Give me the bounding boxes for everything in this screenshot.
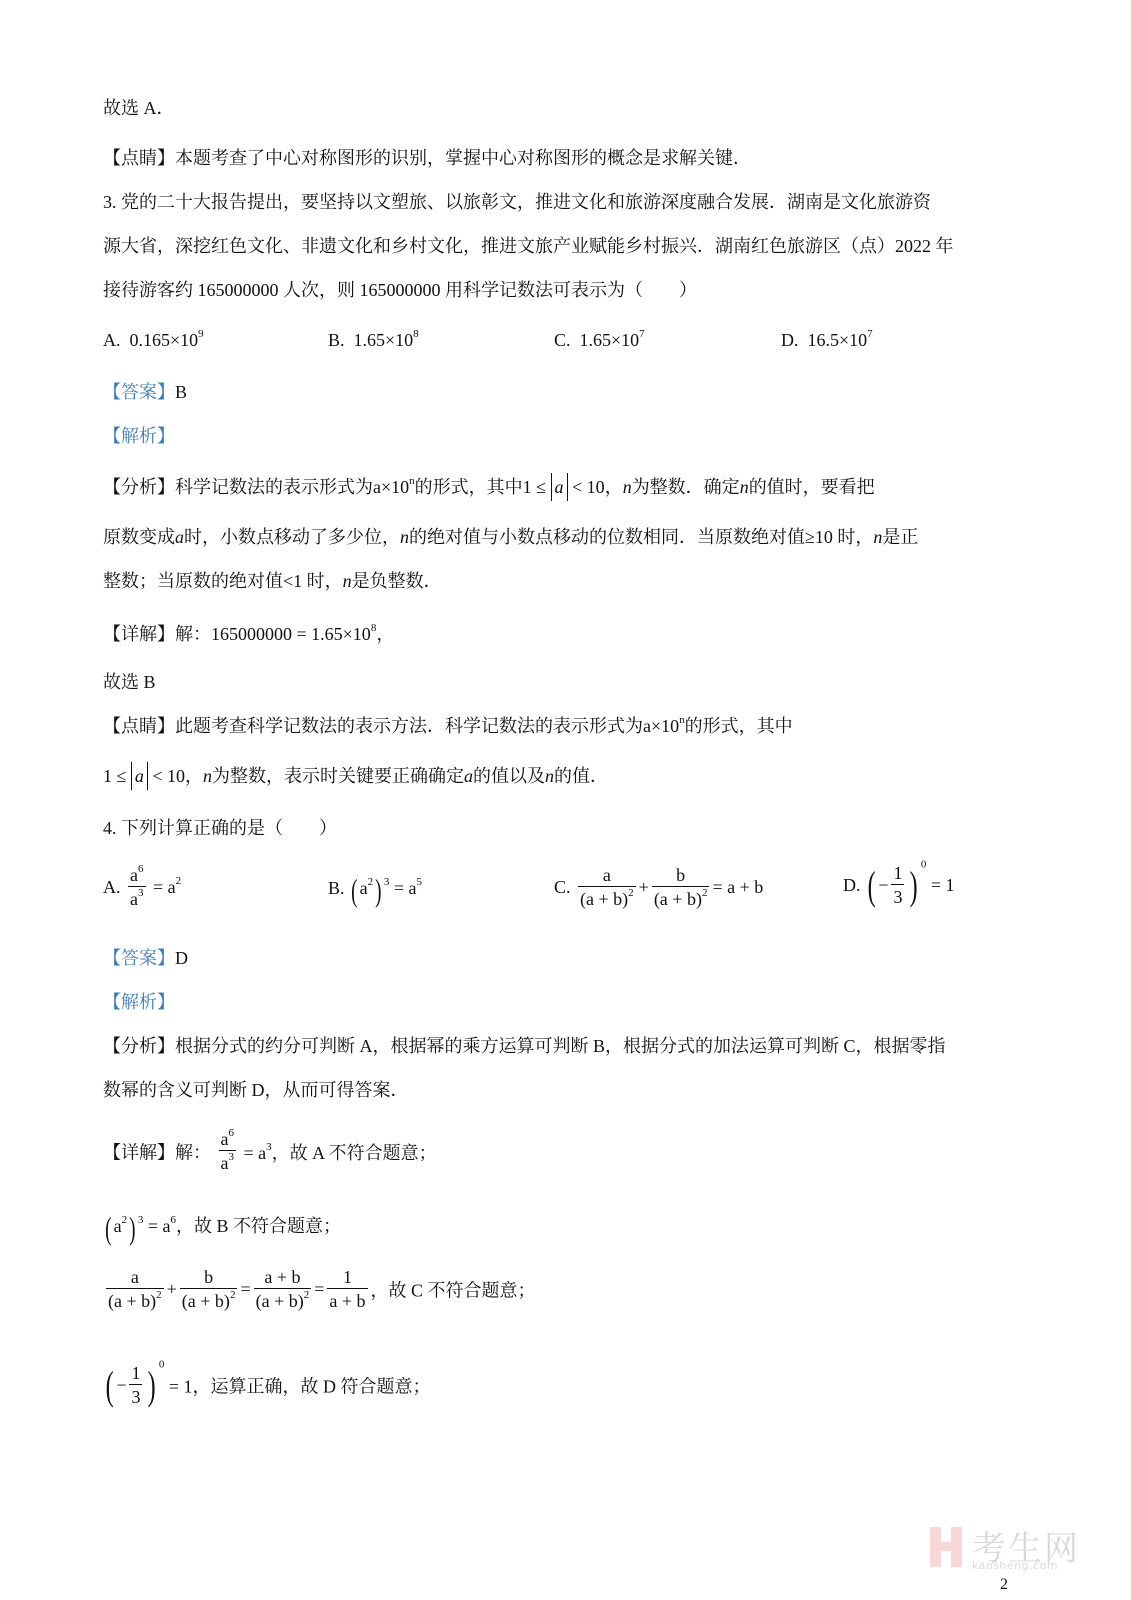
fraction: a(a + b)2 — [106, 1266, 164, 1313]
q3-comment-line2: 1 ≤ a < 10，n为整数，表示时关键要正确确定a的值以及n的值． — [103, 762, 608, 790]
q3-analysis-tag: 【解析】 — [103, 424, 175, 448]
comment-tag: 【点睛】 — [103, 148, 175, 168]
page-number: 2 — [1000, 1576, 1008, 1594]
q3-fenxi-line2: 原数变成a时，小数点移动了多少位，n的绝对值与小数点移动的位数相同．当原数绝对值… — [103, 525, 918, 549]
prev-comment: 【点睛】本题考查了中心对称图形的识别，掌握中心对称图形的概念是求解关键． — [103, 146, 751, 170]
q4-detail-step-d: (−13)0 = 1，运算正确，故 D 符合题意； — [103, 1362, 430, 1409]
watermark: 考生网 kaosheng.com — [930, 1525, 1090, 1575]
q3-fenxi-line3: 整数；当原数的绝对值<1 时，n是负整数． — [103, 569, 442, 593]
q4-option-c: C. a(a + b)2+b(a + b)2= a + b — [554, 864, 763, 911]
q4-option-a: A. a6a3 = a2 — [103, 864, 181, 911]
q3-conclusion: 故选 B — [103, 670, 156, 694]
comment-text: 本题考查了中心对称图形的识别，掌握中心对称图形的概念是求解关键． — [175, 148, 751, 168]
fraction: a6a3 — [219, 1128, 237, 1175]
q4-stem: 4. 下列计算正确的是（ ） — [103, 816, 337, 840]
q3-detail: 【详解】解：165000000 = 1.65×108， — [103, 622, 394, 646]
q4-fenxi-line1: 【分析】根据分式的约分可判断 A，根据幂的乘方运算可判断 B，根据分式的加法运算… — [103, 1034, 946, 1058]
fraction: b(a + b)2 — [180, 1266, 238, 1313]
q4-detail-step-b: (a2)3 = a6，故 B 不符合题意； — [103, 1212, 341, 1244]
q3-option-a: A. 0.165×109 — [103, 330, 204, 351]
q4-option-b: B. (a2)3 = a5 — [328, 874, 422, 906]
q4-option-d: D. (−13)0 = 1 — [843, 862, 954, 909]
fraction: 13 — [891, 862, 904, 909]
fraction: b(a + b)2 — [652, 864, 710, 911]
q3-option-d: D. 16.5×107 — [781, 330, 873, 351]
q3-fenxi-line1: 【分析】科学记数法的表示形式为a×10n的形式，其中1 ≤ a < 10，n为整… — [103, 473, 875, 501]
q4-answer: 【答案】D — [103, 946, 188, 970]
q4-analysis-tag: 【解析】 — [103, 990, 175, 1014]
q3-comment-line1: 【点睛】此题考查科学记数法的表示方法．科学记数法的表示形式为a×10n的形式，其… — [103, 714, 793, 738]
kaosheng-logo-icon — [930, 1527, 962, 1567]
answer-tag: 【答案】 — [103, 382, 175, 402]
q4-detail-step-c: a(a + b)2+b(a + b)2=a + b(a + b)2=1a + b… — [103, 1266, 536, 1313]
q4-detail-step-a: 【详解】解： a6a3 = a3，故 A 不符合题意； — [103, 1128, 437, 1175]
prev-conclusion: 故选 A． — [103, 96, 175, 120]
fraction: 13 — [129, 1362, 142, 1409]
q3-stem-line1: 3. 党的二十大报告提出，要坚持以文塑旅、以旅彰文，推进文化和旅游深度融合发展．… — [103, 190, 931, 214]
q3-stem-line2: 源大省，深挖红色文化、非遗文化和乡村文化，推进文旅产业赋能乡村振兴．湖南红色旅游… — [103, 234, 954, 258]
watermark-en: kaosheng.com — [972, 1559, 1058, 1572]
q3-option-b: B. 1.65×108 — [328, 330, 419, 351]
answer-value: B — [175, 382, 187, 402]
fraction: a + b(a + b)2 — [254, 1266, 312, 1313]
fraction: a6a3 — [128, 864, 146, 911]
q3-number: 3. — [103, 192, 117, 212]
q3-option-c: C. 1.65×107 — [554, 330, 645, 351]
q3-stem-line3: 接待游客约 165000000 人次，则 165000000 用科学记数法可表示… — [103, 278, 697, 302]
fraction: 1a + b — [327, 1266, 367, 1313]
q3-answer: 【答案】B — [103, 380, 187, 404]
q4-fenxi-line2: 数幂的含义可判断 D，从而可得答案． — [103, 1078, 409, 1102]
fraction: a(a + b)2 — [578, 864, 636, 911]
